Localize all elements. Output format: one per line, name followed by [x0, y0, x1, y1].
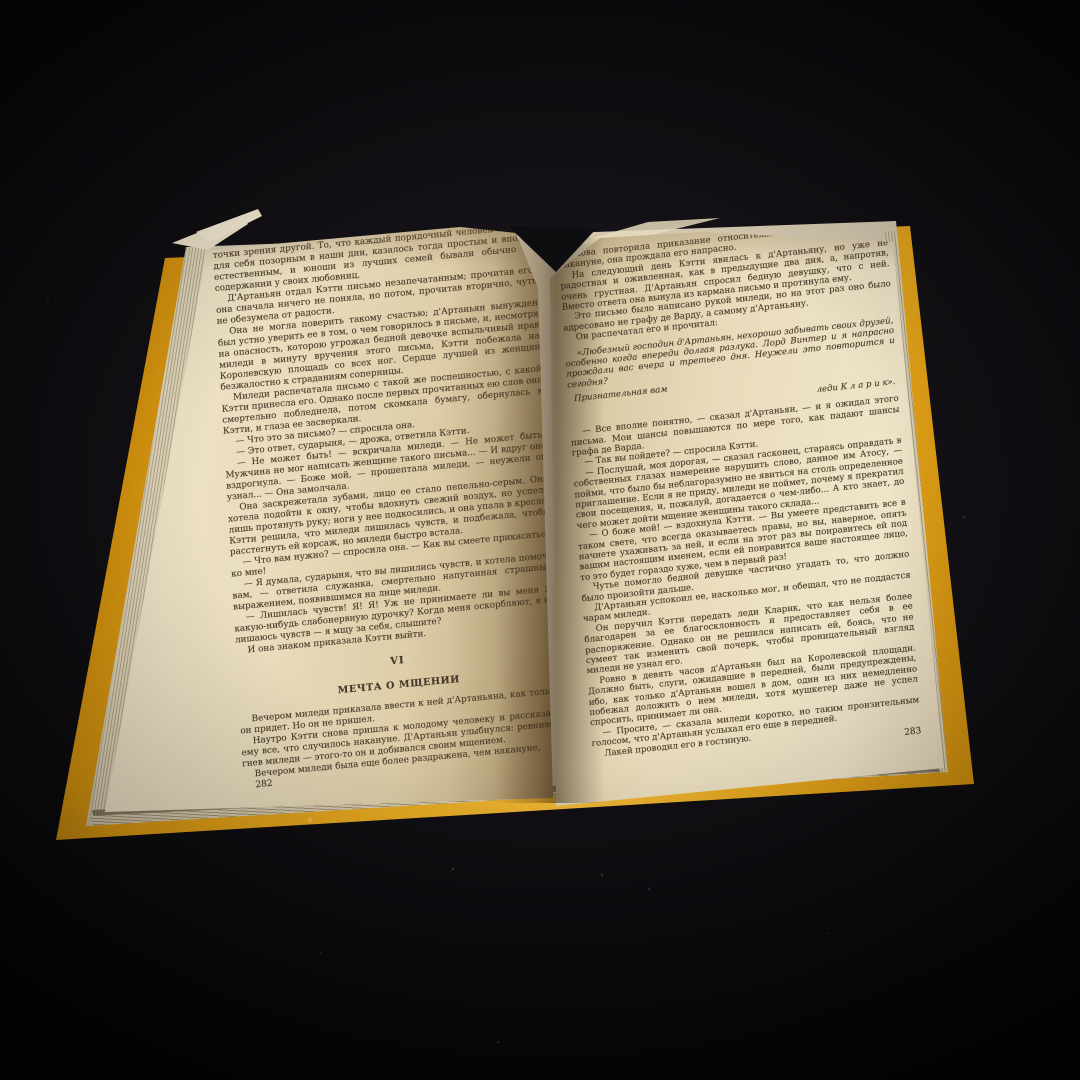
chapter-number: VI — [237, 641, 558, 682]
paragraph: На следующий день Кэтти явилась к д'Арта… — [559, 238, 890, 313]
paragraph: — Просите, — сказала миледи коротко, но … — [591, 695, 921, 750]
paragraph: — Не может быть! — вскричала миледи. — Н… — [225, 430, 548, 504]
paragraph: И она знаком приказала Кэтти выйти. — [235, 617, 556, 658]
paragraph: Лакей проводил его в гостиную. — [592, 716, 921, 760]
paragraph: — Лишилась чувств! Я! Я! Уж не принимает… — [234, 584, 557, 647]
chapter-heading: VI МЕЧТА О МЩЕНИИ — [237, 641, 560, 706]
paragraph: — Я думала, сударыня, что вы лишились чу… — [232, 551, 555, 614]
page-number-right: 283 — [593, 726, 922, 770]
paragraph: Д'Артаньян отдал Кэтти письмо незапечата… — [215, 265, 538, 328]
paragraph: — Послушай, моя дорогая, — сказал гаскон… — [573, 435, 906, 531]
paragraph: Он поручил Кэтти передать леди Кларик, ч… — [584, 591, 916, 677]
paragraph: Она заскрежетала зубами, лицо ее стало п… — [227, 474, 551, 559]
paragraph: — Все вполне понятно, — сказал д'Артанья… — [570, 394, 900, 459]
letter-signature-intro: Признательная вам — [568, 361, 897, 405]
paragraph: Она не могла поверить такому счастью; д'… — [217, 298, 541, 394]
paragraph: Наутро Кэтти снова пришла к молодому чел… — [241, 708, 564, 771]
page-number-left: 282 — [243, 752, 564, 793]
paragraph: Чутье помогло бедной девушке частично уг… — [581, 550, 911, 605]
right-page-text: снова повторила приказание относительно … — [558, 217, 922, 771]
paragraph: — Так вы пойдете? — спросила Кэтти. — [572, 425, 901, 469]
paragraph: Ровно в девять часов д'Артаньян был на К… — [587, 643, 919, 729]
paragraph: Впрочем, неправильно было бы судить о по… — [212, 210, 536, 295]
paragraph: Вечером миледи приказала ввести к ней д'… — [239, 686, 561, 738]
paragraph: Это письмо было написано рукой миледи, н… — [562, 279, 892, 334]
milady-letter: «Любезный господин д'Артаньян, нехорошо … — [565, 316, 898, 421]
photo-scene: Впрочем, неправильно было бы судить о по… — [0, 0, 1080, 1080]
paragraph: — Что вам нужно? — спросила она. — Как в… — [230, 529, 552, 581]
dust-specks — [0, 0, 2, 2]
paragraph: Миледи распечатала письмо с такой же пос… — [221, 364, 544, 438]
paragraph: — Что это за письмо? — спросила она. — [223, 408, 544, 449]
paragraph: — О боже мой! — вздохнула Кэтти. — Вы ум… — [577, 498, 909, 584]
paragraph: Вечером миледи была еще более раздражена… — [243, 741, 564, 782]
paragraph: — Это ответ, сударыня, — дрожа, ответила… — [224, 419, 545, 460]
letter-signature-name: леди К л а р и к». — [569, 377, 896, 421]
chapter-title: МЕЧТА О МЩЕНИИ — [238, 665, 559, 706]
letter-body: «Любезный господин д'Артаньян, нехорошо … — [565, 316, 896, 391]
paragraph: Д'Артаньян успокоил ее, насколько мог, и… — [582, 570, 912, 625]
paragraph: Он распечатал его и прочитал: — [564, 300, 893, 344]
left-page-text: Впрочем, неправильно было бы судить о по… — [212, 210, 564, 792]
right-page: снова повторила приказание относительно … — [540, 225, 960, 815]
